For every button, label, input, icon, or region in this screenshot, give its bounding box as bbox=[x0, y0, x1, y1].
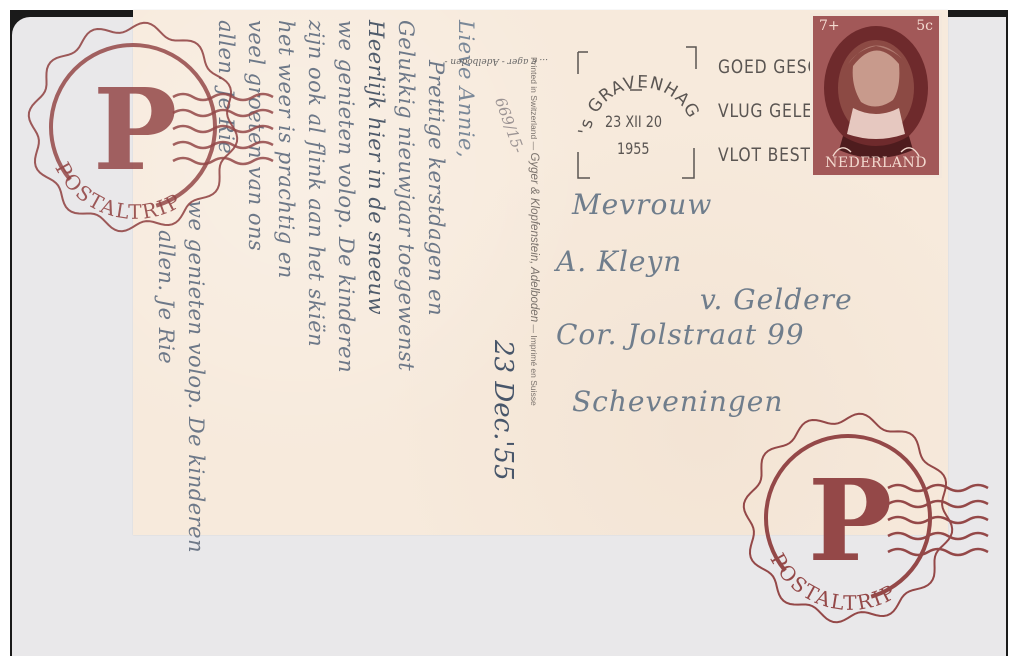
watermark-letter: P bbox=[808, 456, 892, 587]
wavy-cancel-lines bbox=[888, 485, 988, 555]
postaltrip-watermark: P POSTALTRIP bbox=[732, 402, 988, 633]
watermark-top-left: P POSTALTRIP P POSTALTRIP bbox=[0, 0, 1020, 656]
watermark-letter: P bbox=[93, 65, 177, 196]
postaltrip-watermark: P POSTALTRIP bbox=[17, 11, 273, 242]
wavy-cancel-lines bbox=[173, 94, 273, 164]
